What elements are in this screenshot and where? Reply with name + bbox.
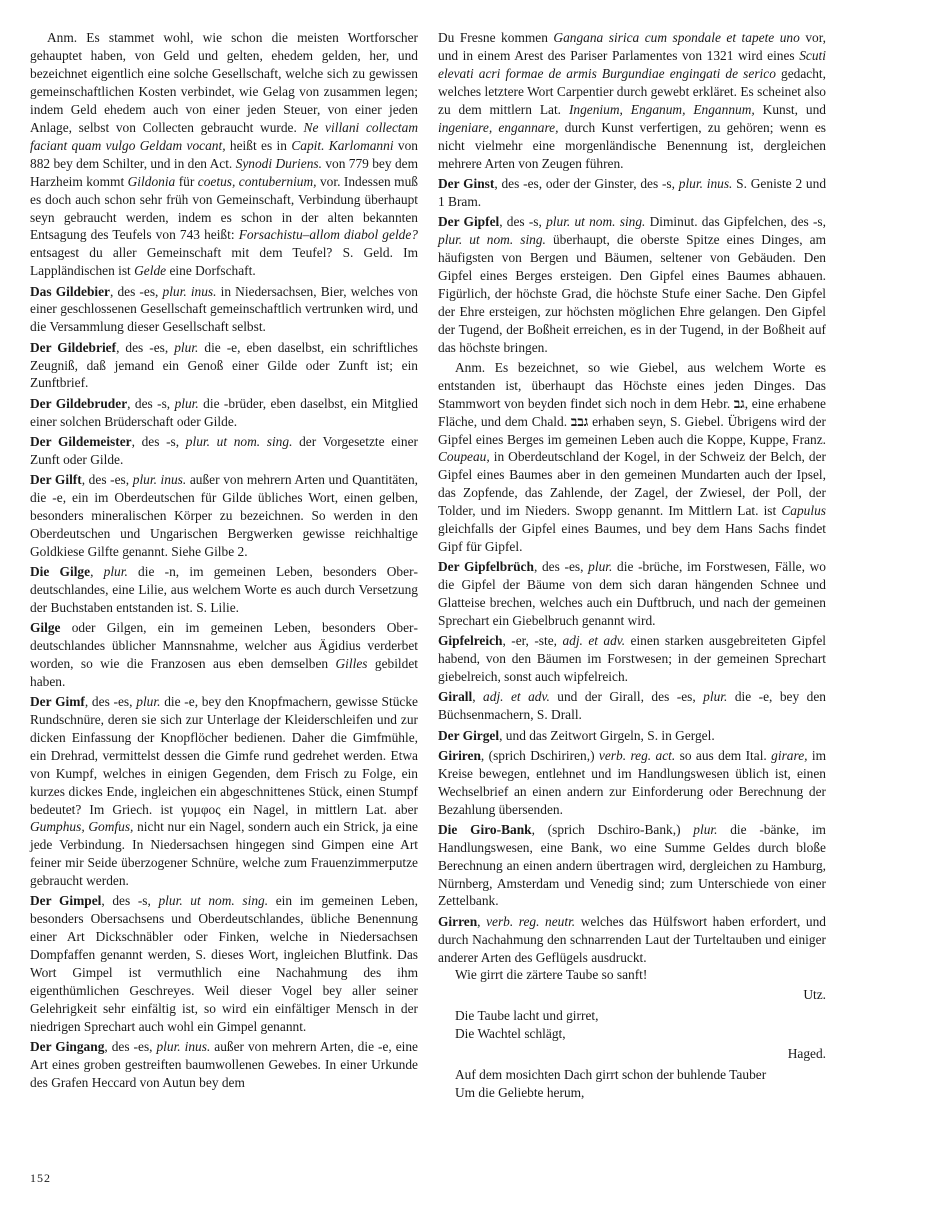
entry-gipfelbruch: Der Gipfelbrüch, des -es, plur. die -brü…	[438, 558, 826, 630]
headword: Giriren	[438, 748, 481, 763]
lapp-word: Gelde	[134, 263, 166, 278]
text: , des -es,	[82, 472, 133, 487]
text: und der Girall, des -es,	[550, 689, 703, 704]
entry-gipfel: Der Gipfel, des -s, plur. ut nom. sing. …	[438, 213, 826, 357]
headword: Die Gilge	[30, 564, 90, 579]
headword: Der Gildemeister	[30, 434, 132, 449]
headword: Der Gildebrief	[30, 340, 116, 355]
entry-gingang: Der Gingang, des -es, plur. inus. außer …	[30, 1038, 418, 1092]
entry-girall: Girall, adj. et adv. und der Girall, des…	[438, 688, 826, 724]
entry-gilge-lilie: Die Gilge, plur. die -n, im gemeinen Leb…	[30, 563, 418, 617]
text: für	[175, 174, 198, 189]
headword: Girren	[438, 914, 477, 929]
grammar-note: plur.	[174, 340, 198, 355]
entry-gipfelreich: Gipfelreich, -er, -ste, adj. et adv. ein…	[438, 632, 826, 686]
latin-word: coetus, contubernium,	[198, 174, 317, 189]
grammar-note: plur.	[588, 559, 612, 574]
text: , (sprich Dschiro-Bank,)	[532, 822, 694, 837]
old-german-quote: Forsachistu–allom diabol gelde?	[239, 227, 418, 242]
quote-haged: Die Taube lacht und girret, Die Wachtel …	[455, 1007, 826, 1063]
latin-word: Ingenium, Enganum, Engannum,	[569, 102, 755, 117]
latin-word: Gildonia	[128, 174, 176, 189]
hebrew-word: גב	[734, 396, 745, 411]
latin-word: Gumphus, Gomfus,	[30, 819, 133, 834]
headword: Der Ginst	[438, 176, 494, 191]
quote-attribution: Utz.	[455, 986, 826, 1004]
grammar-note: verb. reg. act.	[599, 748, 675, 763]
grammar-note: verb. reg. neutr.	[486, 914, 575, 929]
entry-gilge-name: Gilge oder Gilgen, ein im gemeinen Leben…	[30, 619, 418, 691]
entry-girgel: Der Girgel, und das Zeitwort Girgeln, S.…	[438, 727, 826, 745]
grammar-note: plur. inus.	[163, 284, 217, 299]
text: Kunst, und	[755, 102, 826, 117]
text: in Oberdeutschland der Kogel, in der Sch…	[438, 449, 826, 518]
text: gleichfalls der Gipfel eines Baumes, und…	[438, 521, 826, 554]
entry-giriren: Giriren, (sprich Dschiriren,) verb. reg.…	[438, 747, 826, 819]
text: , des -s,	[499, 214, 546, 229]
left-column: Anm. Es stammet wohl, wie schon die meis…	[30, 29, 418, 1094]
latin-word: Capulus	[781, 503, 826, 518]
italian-word: girare,	[771, 748, 807, 763]
text: , des -s,	[101, 893, 158, 908]
text: überhaupt, die oberste Spitze eines Ding…	[438, 232, 826, 355]
entry-gimpel: Der Gimpel, des -s, plur. ut nom. sing. …	[30, 892, 418, 1036]
headword: Der Gimpel	[30, 893, 101, 908]
latin-source: Capit. Karlomanni	[291, 138, 393, 153]
grammar-note: plur.	[136, 694, 160, 709]
text: , des -s,	[132, 434, 186, 449]
entry-giro-bank: Die Giro-Bank, (sprich Dschiro-Bank,) pl…	[438, 821, 826, 911]
grammar-note: plur. ut nom. sing.	[546, 214, 645, 229]
entry-girren: Girren, verb. reg. neutr. welches das Hü…	[438, 913, 826, 1103]
annotation-gilde: Anm. Es stammet wohl, wie schon die meis…	[30, 29, 418, 280]
text: so aus dem Ital.	[675, 748, 771, 763]
headword: Das Gildebier	[30, 284, 110, 299]
entry-girren-definition: Girren, verb. reg. neutr. welches das Hü…	[438, 913, 826, 967]
latin-quote: Gangana sirica cum spondale et tapete un…	[553, 30, 799, 45]
verse-line: Die Taube lacht und girret,	[455, 1007, 826, 1025]
quote-unattributed: Auf dem mosichten Dach girrt schon der b…	[455, 1066, 826, 1102]
quote-attribution: Haged.	[455, 1045, 826, 1063]
entry-gimf: Der Gimf, des -es, plur. die -e, bey den…	[30, 693, 418, 890]
text: , -er, -ste,	[502, 633, 562, 648]
entry-gilft: Der Gilft, des -es, plur. inus. außer vo…	[30, 471, 418, 561]
grammar-note: plur. ut nom. sing.	[438, 232, 546, 247]
text: Du Fresne kommen	[438, 30, 553, 45]
entry-gingang-continued: Du Fresne kommen Gangana sirica cum spon…	[438, 29, 826, 173]
text: eine Dorfschaft.	[166, 263, 256, 278]
headword: Der Gingang	[30, 1039, 104, 1054]
headword: Gilge	[30, 620, 61, 635]
text: , (sprich Dschiriren,)	[481, 748, 599, 763]
entry-ginst: Der Ginst, des -es, oder der Ginster, de…	[438, 175, 826, 211]
text: , des -es,	[116, 340, 174, 355]
annotation-gipfel: Anm. Es bezeichnet, so wie Giebel, aus w…	[438, 359, 826, 556]
verse-line: Auf dem mosichten Dach girrt schon der b…	[455, 1066, 826, 1084]
latin-source: Synodi Duriens.	[236, 156, 322, 171]
headword: Der Girgel	[438, 728, 499, 743]
text: ein im gemeinen Leben, besonders Obersac…	[30, 893, 418, 1034]
text: die -e, bey den Knopfmachern, ge­wisse S…	[30, 694, 418, 817]
headword: Der Gimf	[30, 694, 85, 709]
right-column: Du Fresne kommen Gangana sirica cum spon…	[438, 29, 826, 1104]
headword: Gipfelreich	[438, 633, 502, 648]
text: ,	[472, 689, 483, 704]
text: ,	[90, 564, 104, 579]
entry-gildemeister: Der Gildemeister, des -s, plur. ut nom. …	[30, 433, 418, 469]
grammar-note: plur. inus.	[679, 176, 733, 191]
entry-gildebrief: Der Gildebrief, des -es, plur. die -e, e…	[30, 339, 418, 393]
verse-line: Um die Geliebte herum,	[455, 1084, 826, 1102]
verse-line: Die Wachtel schlägt,	[455, 1025, 826, 1043]
grammar-note: adj. et adv.	[562, 633, 625, 648]
text: , des -es, oder der Ginster, des -s,	[494, 176, 678, 191]
grammar-note: plur.	[703, 689, 727, 704]
latin-word: ingeniare, engan­nare,	[438, 120, 558, 135]
text: , des -es,	[110, 284, 163, 299]
grammar-note: plur.	[175, 396, 199, 411]
headword: Der Gilft	[30, 472, 82, 487]
chaldean-word: גבב	[571, 414, 588, 429]
grammar-note: plur. inus.	[156, 1039, 210, 1054]
verse-line: Wie girrt die zärtere Taube so sanft!	[455, 966, 826, 984]
headword: Die Giro-Bank	[438, 822, 532, 837]
headword: Der Gildebruder	[30, 396, 127, 411]
text: , des -es,	[104, 1039, 156, 1054]
headword: Girall	[438, 689, 472, 704]
entry-gildebruder: Der Gildebruder, des -s, plur. die -brüd…	[30, 395, 418, 431]
text: ,	[477, 914, 486, 929]
grammar-note: plur. ut nom. sing.	[186, 434, 293, 449]
grammar-note: plur. inus.	[133, 472, 186, 487]
text: , des -es,	[85, 694, 136, 709]
quote-utz: Wie girrt die zärtere Taube so sanft! Ut…	[455, 966, 826, 1004]
text: heißt es in	[226, 138, 292, 153]
headword: Der Gipfel	[438, 214, 499, 229]
french-word: Coupeau,	[438, 449, 490, 464]
grammar-note: adj. et adv.	[483, 689, 550, 704]
entry-gildebier: Das Gildebier, des -es, plur. inus. in N…	[30, 283, 418, 337]
grammar-note: plur. ut nom. sing.	[158, 893, 268, 908]
page-number: 152	[30, 1171, 51, 1186]
text: Diminut. das Gipfelchen, des -s,	[645, 214, 826, 229]
text: , und das Zeitwort Girgeln, S. in Gergel…	[499, 728, 715, 743]
french-name: Gilles	[336, 656, 368, 671]
grammar-note: plur.	[104, 564, 128, 579]
text: , des -s,	[127, 396, 174, 411]
headword: Der Gipfelbrüch	[438, 559, 534, 574]
text: , des -es,	[534, 559, 588, 574]
grammar-note: plur.	[693, 822, 717, 837]
